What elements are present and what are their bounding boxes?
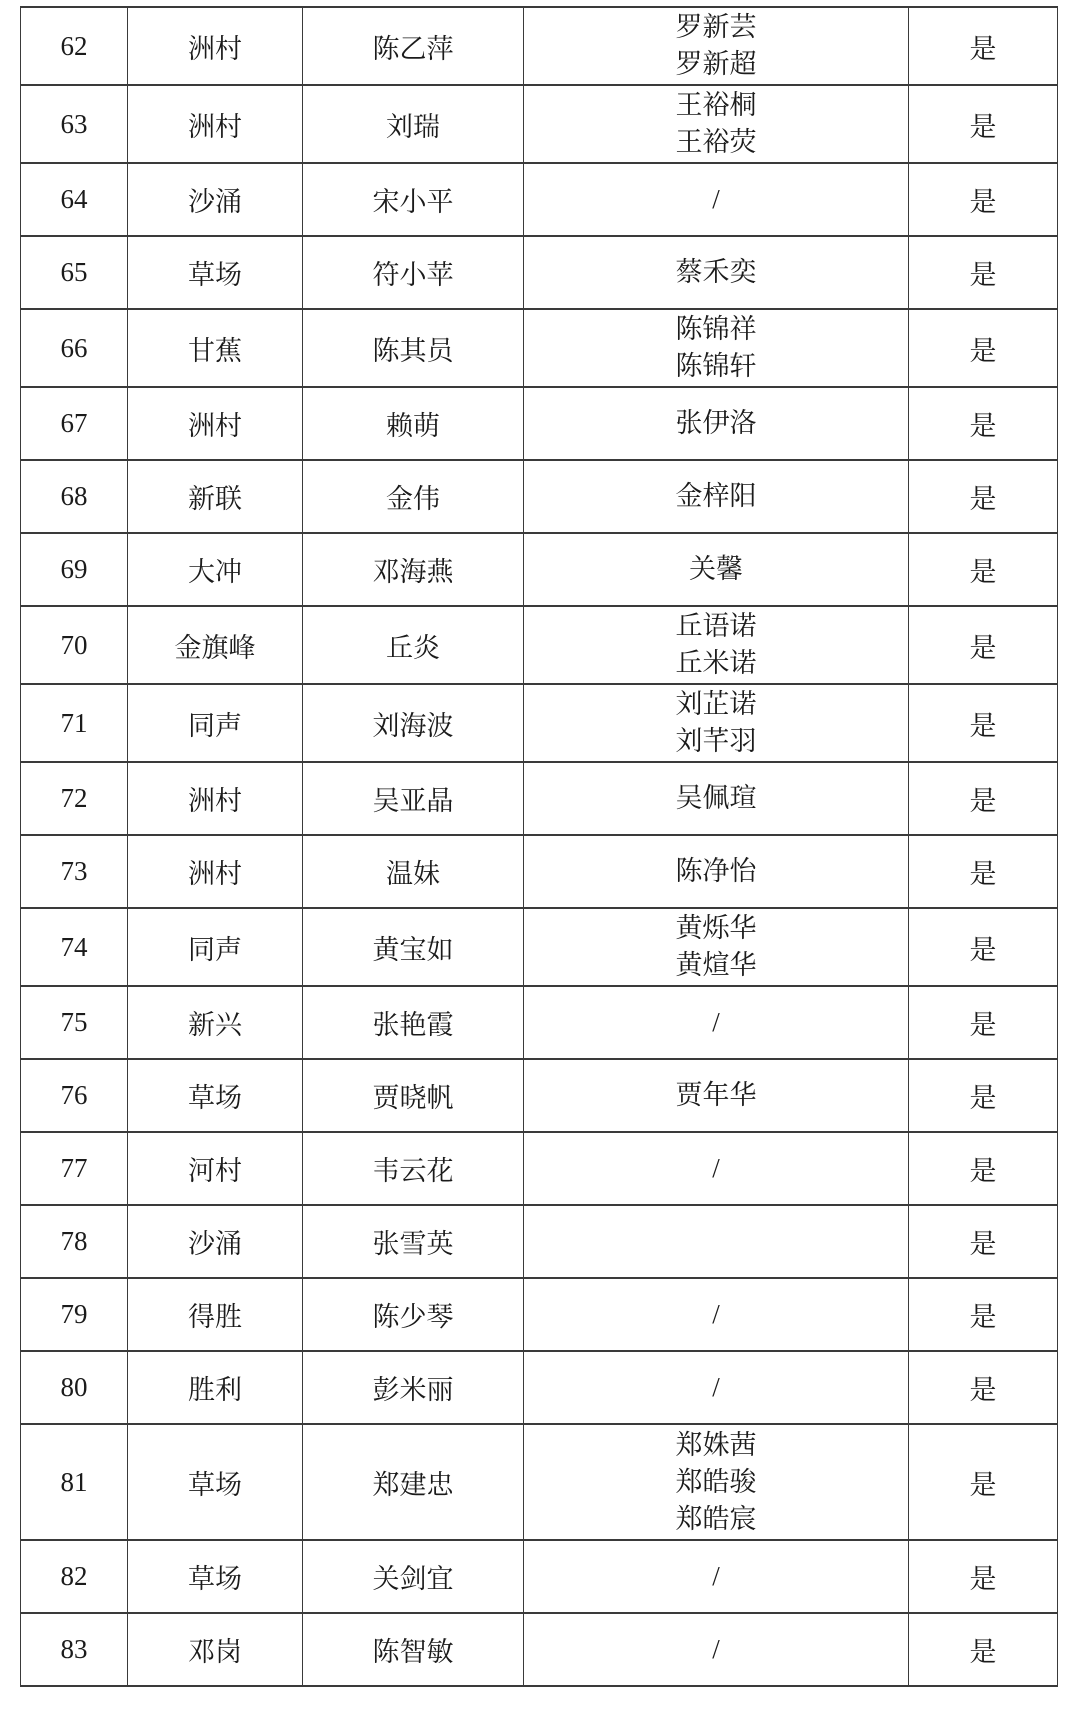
village-cell: 大冲 bbox=[128, 533, 303, 606]
person-name-cell: 黄宝如 bbox=[303, 908, 524, 986]
person-name-cell: 陈智敏 bbox=[303, 1613, 524, 1686]
child-name-line: 罗新芸 bbox=[524, 9, 908, 46]
person-name-cell: 张艳霞 bbox=[303, 986, 524, 1059]
village-cell: 沙涌 bbox=[128, 1205, 303, 1278]
row-number-cell: 71 bbox=[21, 684, 128, 762]
table-row: 75新兴张艳霞/是 bbox=[21, 986, 1058, 1059]
person-name-cell: 陈其员 bbox=[303, 309, 524, 387]
person-name-cell: 宋小平 bbox=[303, 163, 524, 236]
child-name-line: / bbox=[524, 1296, 908, 1333]
table-row: 62洲村陈乙萍罗新芸罗新超是 bbox=[21, 7, 1058, 85]
village-cell: 草场 bbox=[128, 1540, 303, 1613]
person-name-cell: 赖萌 bbox=[303, 387, 524, 460]
children-cell: 丘语诺丘米诺 bbox=[524, 606, 909, 684]
table-row: 76草场贾晓帆贾年华是 bbox=[21, 1059, 1058, 1132]
village-cell: 洲村 bbox=[128, 85, 303, 163]
children-cell: / bbox=[524, 1132, 909, 1205]
confirm-cell: 是 bbox=[909, 986, 1058, 1059]
children-cell: 金梓阳 bbox=[524, 460, 909, 533]
child-name-line: 王裕荧 bbox=[524, 124, 908, 161]
children-cell: 刘芷诺刘芊羽 bbox=[524, 684, 909, 762]
row-number-cell: 75 bbox=[21, 986, 128, 1059]
row-number-cell: 69 bbox=[21, 533, 128, 606]
table-row: 77河村韦云花/是 bbox=[21, 1132, 1058, 1205]
row-number-cell: 73 bbox=[21, 835, 128, 908]
child-name-line: 刘芷诺 bbox=[524, 686, 908, 723]
child-name-line: 陈净怡 bbox=[524, 853, 908, 890]
table-row: 82草场关剑宜/是 bbox=[21, 1540, 1058, 1613]
child-name-line: 罗新超 bbox=[524, 46, 908, 83]
children-cell bbox=[524, 1205, 909, 1278]
confirm-cell: 是 bbox=[909, 460, 1058, 533]
children-cell: 蔡禾奕 bbox=[524, 236, 909, 309]
person-name-cell: 符小苹 bbox=[303, 236, 524, 309]
children-cell: / bbox=[524, 163, 909, 236]
children-cell: 陈净怡 bbox=[524, 835, 909, 908]
row-number-cell: 82 bbox=[21, 1540, 128, 1613]
village-cell: 洲村 bbox=[128, 762, 303, 835]
confirm-cell: 是 bbox=[909, 1613, 1058, 1686]
row-number-cell: 72 bbox=[21, 762, 128, 835]
child-name-line: 王裕桐 bbox=[524, 87, 908, 124]
roster-table-body: 62洲村陈乙萍罗新芸罗新超是63洲村刘瑞王裕桐王裕荧是64沙涌宋小平/是65草场… bbox=[21, 7, 1058, 1686]
children-cell: 王裕桐王裕荧 bbox=[524, 85, 909, 163]
village-cell: 洲村 bbox=[128, 835, 303, 908]
person-name-cell: 郑建忠 bbox=[303, 1424, 524, 1540]
village-cell: 同声 bbox=[128, 908, 303, 986]
children-cell: / bbox=[524, 1278, 909, 1351]
row-number-cell: 70 bbox=[21, 606, 128, 684]
village-cell: 新兴 bbox=[128, 986, 303, 1059]
table-row: 64沙涌宋小平/是 bbox=[21, 163, 1058, 236]
confirm-cell: 是 bbox=[909, 387, 1058, 460]
child-name-line: 吴佩瑄 bbox=[524, 780, 908, 817]
children-cell: 罗新芸罗新超 bbox=[524, 7, 909, 85]
confirm-cell: 是 bbox=[909, 309, 1058, 387]
child-name-line: 刘芊羽 bbox=[524, 723, 908, 760]
row-number-cell: 76 bbox=[21, 1059, 128, 1132]
table-row: 81草场郑建忠郑姝茜郑皓骏郑皓宸是 bbox=[21, 1424, 1058, 1540]
row-number-cell: 81 bbox=[21, 1424, 128, 1540]
confirm-cell: 是 bbox=[909, 1205, 1058, 1278]
children-cell: / bbox=[524, 986, 909, 1059]
child-name-line: 黄烁华 bbox=[524, 910, 908, 947]
table-row: 80胜利彭米丽/是 bbox=[21, 1351, 1058, 1424]
confirm-cell: 是 bbox=[909, 1540, 1058, 1613]
row-number-cell: 68 bbox=[21, 460, 128, 533]
person-name-cell: 邓海燕 bbox=[303, 533, 524, 606]
children-cell: 张伊洛 bbox=[524, 387, 909, 460]
village-cell: 同声 bbox=[128, 684, 303, 762]
row-number-cell: 83 bbox=[21, 1613, 128, 1686]
village-cell: 河村 bbox=[128, 1132, 303, 1205]
row-number-cell: 62 bbox=[21, 7, 128, 85]
confirm-cell: 是 bbox=[909, 1132, 1058, 1205]
person-name-cell: 刘瑞 bbox=[303, 85, 524, 163]
row-number-cell: 67 bbox=[21, 387, 128, 460]
person-name-cell: 丘炎 bbox=[303, 606, 524, 684]
row-number-cell: 63 bbox=[21, 85, 128, 163]
village-cell: 甘蕉 bbox=[128, 309, 303, 387]
roster-table: 62洲村陈乙萍罗新芸罗新超是63洲村刘瑞王裕桐王裕荧是64沙涌宋小平/是65草场… bbox=[20, 6, 1058, 1687]
table-row: 71同声刘海波刘芷诺刘芊羽是 bbox=[21, 684, 1058, 762]
children-cell: 黄烁华黄煊华 bbox=[524, 908, 909, 986]
row-number-cell: 65 bbox=[21, 236, 128, 309]
village-cell: 胜利 bbox=[128, 1351, 303, 1424]
child-name-line: 陈锦轩 bbox=[524, 348, 908, 385]
confirm-cell: 是 bbox=[909, 908, 1058, 986]
child-name-line: 关馨 bbox=[524, 551, 908, 588]
children-cell: 吴佩瑄 bbox=[524, 762, 909, 835]
row-number-cell: 80 bbox=[21, 1351, 128, 1424]
table-row: 74同声黄宝如黄烁华黄煊华是 bbox=[21, 908, 1058, 986]
confirm-cell: 是 bbox=[909, 1351, 1058, 1424]
village-cell: 洲村 bbox=[128, 7, 303, 85]
table-row: 83邓岗陈智敏/是 bbox=[21, 1613, 1058, 1686]
child-name-line: 郑皓宸 bbox=[524, 1501, 908, 1538]
village-cell: 草场 bbox=[128, 1424, 303, 1540]
village-cell: 新联 bbox=[128, 460, 303, 533]
child-name-line: 陈锦祥 bbox=[524, 311, 908, 348]
child-name-line: / bbox=[524, 1004, 908, 1041]
village-cell: 洲村 bbox=[128, 387, 303, 460]
village-cell: 邓岗 bbox=[128, 1613, 303, 1686]
child-name-line: / bbox=[524, 1631, 908, 1668]
person-name-cell: 彭米丽 bbox=[303, 1351, 524, 1424]
child-name-line: 黄煊华 bbox=[524, 947, 908, 984]
confirm-cell: 是 bbox=[909, 835, 1058, 908]
person-name-cell: 温妹 bbox=[303, 835, 524, 908]
child-name-line: 蔡禾奕 bbox=[524, 254, 908, 291]
confirm-cell: 是 bbox=[909, 85, 1058, 163]
confirm-cell: 是 bbox=[909, 606, 1058, 684]
child-name-line: / bbox=[524, 1558, 908, 1595]
person-name-cell: 金伟 bbox=[303, 460, 524, 533]
child-name-line: 郑皓骏 bbox=[524, 1464, 908, 1501]
row-number-cell: 79 bbox=[21, 1278, 128, 1351]
child-name-line: / bbox=[524, 1150, 908, 1187]
confirm-cell: 是 bbox=[909, 1424, 1058, 1540]
person-name-cell: 陈少琴 bbox=[303, 1278, 524, 1351]
child-name-line: 丘语诺 bbox=[524, 608, 908, 645]
village-cell: 草场 bbox=[128, 236, 303, 309]
village-cell: 金旗峰 bbox=[128, 606, 303, 684]
row-number-cell: 78 bbox=[21, 1205, 128, 1278]
person-name-cell: 关剑宜 bbox=[303, 1540, 524, 1613]
person-name-cell: 陈乙萍 bbox=[303, 7, 524, 85]
confirm-cell: 是 bbox=[909, 236, 1058, 309]
confirm-cell: 是 bbox=[909, 163, 1058, 236]
table-row: 72洲村吴亚晶吴佩瑄是 bbox=[21, 762, 1058, 835]
confirm-cell: 是 bbox=[909, 1059, 1058, 1132]
row-number-cell: 77 bbox=[21, 1132, 128, 1205]
table-row: 73洲村温妹陈净怡是 bbox=[21, 835, 1058, 908]
children-cell: 郑姝茜郑皓骏郑皓宸 bbox=[524, 1424, 909, 1540]
child-name-line: 郑姝茜 bbox=[524, 1427, 908, 1464]
children-cell: / bbox=[524, 1540, 909, 1613]
children-cell: 关馨 bbox=[524, 533, 909, 606]
table-row: 68新联金伟金梓阳是 bbox=[21, 460, 1058, 533]
child-name-line: 金梓阳 bbox=[524, 478, 908, 515]
person-name-cell: 吴亚晶 bbox=[303, 762, 524, 835]
children-cell: 贾年华 bbox=[524, 1059, 909, 1132]
table-row: 78沙涌张雪英是 bbox=[21, 1205, 1058, 1278]
table-row: 66甘蕉陈其员陈锦祥陈锦轩是 bbox=[21, 309, 1058, 387]
table-row: 79得胜陈少琴/是 bbox=[21, 1278, 1058, 1351]
village-cell: 得胜 bbox=[128, 1278, 303, 1351]
person-name-cell: 张雪英 bbox=[303, 1205, 524, 1278]
child-name-line: 贾年华 bbox=[524, 1077, 908, 1114]
children-cell: / bbox=[524, 1613, 909, 1686]
confirm-cell: 是 bbox=[909, 762, 1058, 835]
row-number-cell: 66 bbox=[21, 309, 128, 387]
person-name-cell: 贾晓帆 bbox=[303, 1059, 524, 1132]
row-number-cell: 74 bbox=[21, 908, 128, 986]
village-cell: 草场 bbox=[128, 1059, 303, 1132]
children-cell: 陈锦祥陈锦轩 bbox=[524, 309, 909, 387]
table-row: 69大冲邓海燕关馨是 bbox=[21, 533, 1058, 606]
document-page: 62洲村陈乙萍罗新芸罗新超是63洲村刘瑞王裕桐王裕荧是64沙涌宋小平/是65草场… bbox=[0, 0, 1080, 1734]
child-name-line: / bbox=[524, 181, 908, 218]
child-name-line: 张伊洛 bbox=[524, 405, 908, 442]
person-name-cell: 刘海波 bbox=[303, 684, 524, 762]
child-name-line: 丘米诺 bbox=[524, 645, 908, 682]
table-row: 67洲村赖萌张伊洛是 bbox=[21, 387, 1058, 460]
village-cell: 沙涌 bbox=[128, 163, 303, 236]
table-row: 65草场符小苹蔡禾奕是 bbox=[21, 236, 1058, 309]
table-row: 63洲村刘瑞王裕桐王裕荧是 bbox=[21, 85, 1058, 163]
row-number-cell: 64 bbox=[21, 163, 128, 236]
child-name-line: / bbox=[524, 1369, 908, 1406]
confirm-cell: 是 bbox=[909, 7, 1058, 85]
confirm-cell: 是 bbox=[909, 533, 1058, 606]
confirm-cell: 是 bbox=[909, 684, 1058, 762]
confirm-cell: 是 bbox=[909, 1278, 1058, 1351]
person-name-cell: 韦云花 bbox=[303, 1132, 524, 1205]
children-cell: / bbox=[524, 1351, 909, 1424]
table-row: 70金旗峰丘炎丘语诺丘米诺是 bbox=[21, 606, 1058, 684]
